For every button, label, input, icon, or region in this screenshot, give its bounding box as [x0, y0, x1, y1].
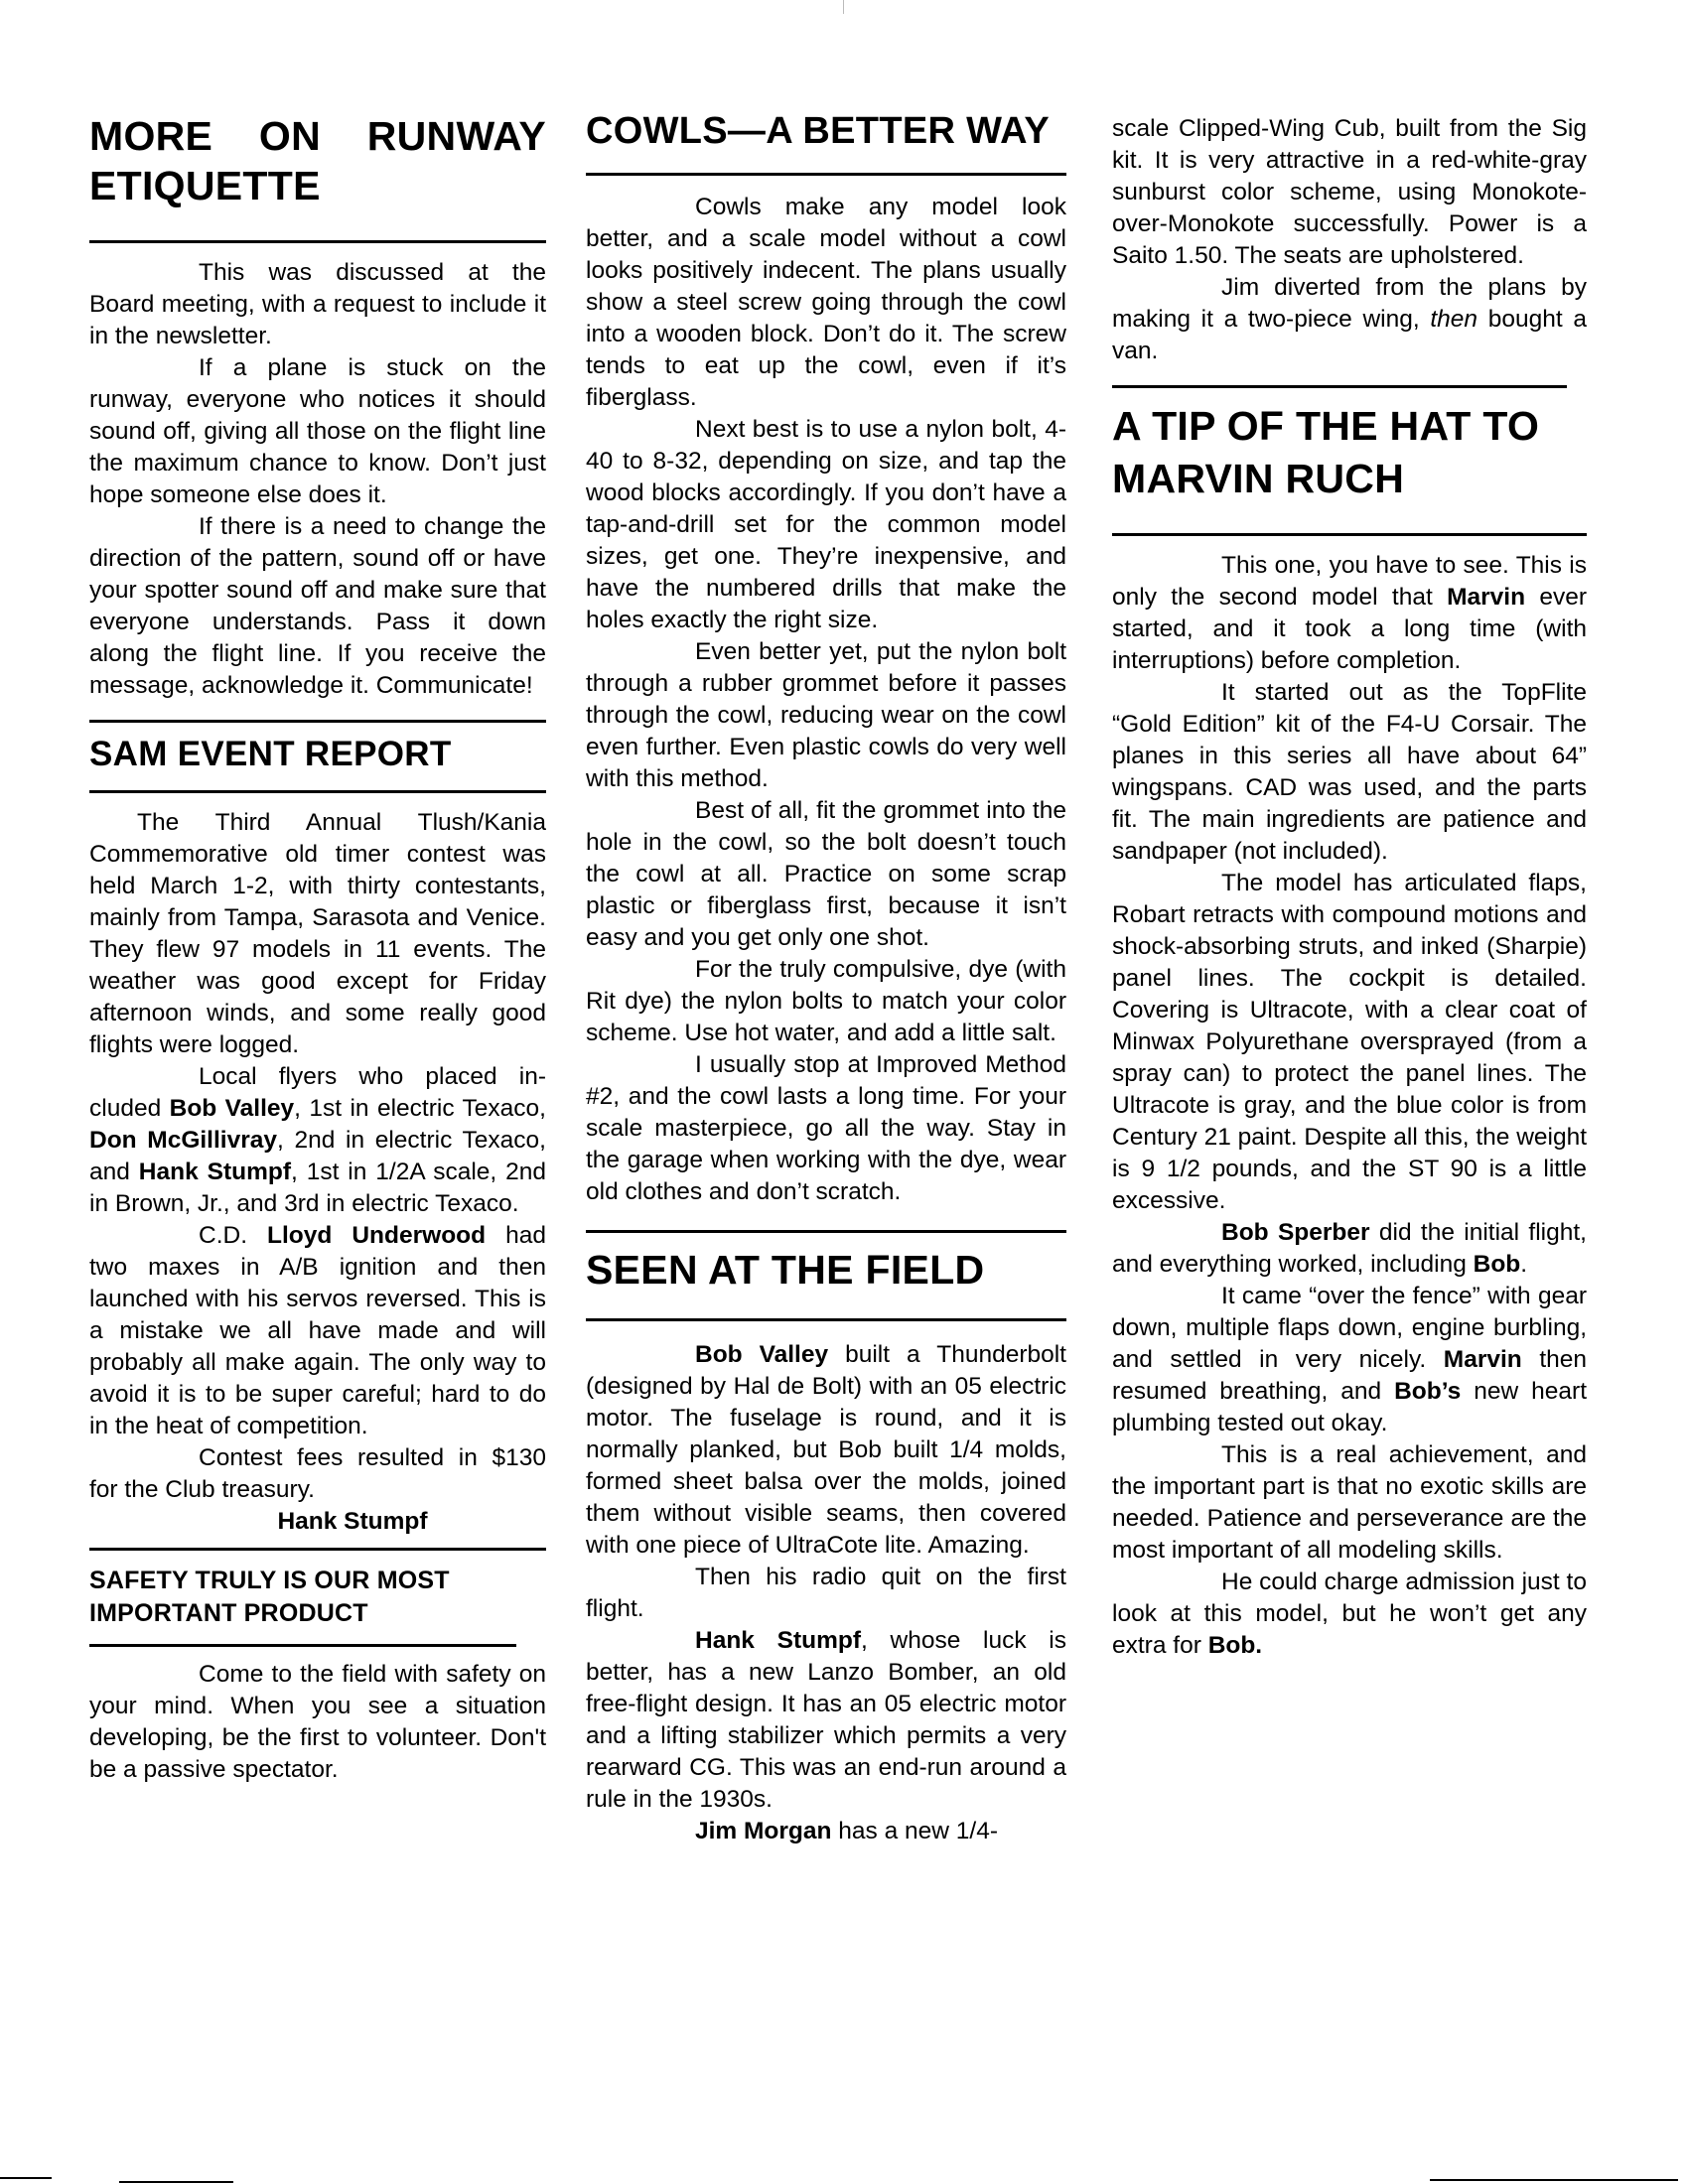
- headline: SAM EVENT REPORT: [89, 735, 546, 774]
- article-safety: SAFETY TRULY IS OUR MOST IMPORTANT PRODU…: [89, 1565, 546, 1786]
- text-run: The model has articulated flaps, Robart …: [1112, 870, 1587, 1214]
- headline: MORE ON RUNWAY ETIQUETTE: [89, 111, 546, 210]
- text-run: It started out as the TopFlite “Gold Edi…: [1112, 679, 1587, 865]
- text-run: scale Clipped-Wing Cub, built from the S…: [1112, 115, 1587, 269]
- headline: COWLS—A BETTER WAY: [586, 111, 1066, 151]
- paragraph: scale Clipped-Wing Cub, built from the S…: [1112, 113, 1587, 272]
- paragraph: Even better yet, put the nylon bolt thro…: [586, 636, 1066, 795]
- text-run: had two maxes in A/B ignition and then l…: [89, 1222, 546, 1439]
- text-run: Then his radio quit on the first flight.: [586, 1564, 1066, 1622]
- text-run: This was discussed at the Board meeting,…: [89, 259, 546, 349]
- paragraph: Bob Sperber did the initial flight, and …: [1112, 1217, 1587, 1281]
- bold-name: Hank Stumpf: [139, 1159, 291, 1185]
- divider: [89, 790, 546, 793]
- divider: [89, 1548, 546, 1551]
- bold-name: Bob.: [1208, 1632, 1262, 1659]
- divider: [89, 240, 546, 243]
- paragraph: Cowls make any model look better, and a …: [586, 192, 1066, 414]
- divider: [586, 1230, 1066, 1233]
- scan-artifact: [1430, 2179, 1678, 2181]
- article-body: This was discussed at the Board meeting,…: [89, 257, 546, 702]
- paragraph: Jim Morgan has a new 1/4-: [586, 1816, 1066, 1847]
- emphasis-text: then: [1430, 306, 1477, 333]
- column-left: MORE ON RUNWAY ETIQUETTE This was discus…: [89, 111, 546, 1786]
- article-body: Bob Valley built a Thunderbolt (designed…: [586, 1339, 1066, 1847]
- paragraph: He could charge admission just to look a…: [1112, 1567, 1587, 1662]
- paragraph: Hank Stumpf, whose luck is better, has a…: [586, 1625, 1066, 1816]
- text-run: Cowls make any model look better, and a …: [586, 194, 1066, 411]
- article-seen-at-field: SEEN AT THE FIELD Bob Valley built a Thu…: [586, 1245, 1066, 1847]
- paragraph: This was discussed at the Board meeting,…: [89, 257, 546, 352]
- bold-name: Bob Sperber: [1221, 1219, 1370, 1246]
- text-run: , whose luck is better, has a new Lanzo …: [586, 1627, 1066, 1813]
- text-run: C.D.: [199, 1222, 267, 1249]
- paragraph: Contest fees resulted in $130 for the Cl…: [89, 1442, 546, 1506]
- article-marvin-ruch: A TIP OF THE HAT TO MARVIN RUCH This one…: [1112, 400, 1587, 1662]
- article-cowls: COWLS—A BETTER WAY Cowls make any model …: [586, 111, 1066, 1208]
- paragraph: It came “over the fence” with gear down,…: [1112, 1281, 1587, 1439]
- headline: SEEN AT THE FIELD: [586, 1245, 1066, 1295]
- paragraph: This one, you have to see. This is only …: [1112, 550, 1587, 677]
- text-run: The Third Annual Tlush/Kania Commemorati…: [89, 809, 546, 1058]
- bold-name: Hank Stumpf: [695, 1627, 861, 1654]
- text-run: .: [1520, 1251, 1527, 1278]
- text-run: Next best is to use a nylon bolt, 4-40 t…: [586, 416, 1066, 633]
- divider: [89, 1644, 516, 1647]
- paragraph: It started out as the TopFlite “Gold Edi…: [1112, 677, 1587, 868]
- text-run: He could charge admission just to look a…: [1112, 1569, 1587, 1659]
- divider: [586, 1318, 1066, 1321]
- text-run: Contest fees resulted in $130 for the Cl…: [89, 1444, 546, 1503]
- text-run: Best of all, fit the grommet into the ho…: [586, 797, 1066, 951]
- article-sam-event-report: SAM EVENT REPORT The Third Annual Tlush/…: [89, 735, 546, 1538]
- bold-name: Marvin: [1444, 1346, 1522, 1373]
- paragraph: For the truly compulsive, dye (with Rit …: [586, 954, 1066, 1049]
- bold-name: Don McGillivray: [89, 1127, 277, 1154]
- column-right: scale Clipped-Wing Cub, built from the S…: [1112, 113, 1587, 1662]
- text-run: If a plane is stuck on the runway, every…: [89, 354, 546, 508]
- paragraph: Then his radio quit on the first flight.: [586, 1562, 1066, 1625]
- text-run: built a Thunderbolt (designed by Hal de …: [586, 1341, 1066, 1559]
- paragraph: C.D. Lloyd Underwood had two maxes in A/…: [89, 1220, 546, 1442]
- paragraph: Best of all, fit the grommet into the ho…: [586, 795, 1066, 954]
- text-run: I usually stop at Improved Method #2, an…: [586, 1051, 1066, 1205]
- article-body: Come to the field with safety on your mi…: [89, 1659, 546, 1786]
- paragraph: This is a real achievement, and the impo…: [1112, 1439, 1587, 1567]
- paragraph: Bob Valley built a Thunderbolt (designed…: [586, 1339, 1066, 1562]
- headline: A TIP OF THE HAT TO MARVIN RUCH: [1112, 400, 1587, 505]
- paragraph: If there is a need to change the directi…: [89, 511, 546, 702]
- scan-artifact: [119, 2181, 233, 2183]
- article-runway-etiquette: MORE ON RUNWAY ETIQUETTE This was discus…: [89, 111, 546, 702]
- newsletter-page: MORE ON RUNWAY ETIQUETTE This was discus…: [0, 0, 1688, 2184]
- article-seen-at-field-continued: scale Clipped-Wing Cub, built from the S…: [1112, 113, 1587, 367]
- bold-name: Marvin: [1447, 584, 1525, 611]
- text-run: This is a real achievement, and the impo…: [1112, 1441, 1587, 1564]
- article-body: scale Clipped-Wing Cub, built from the S…: [1112, 113, 1587, 367]
- divider: [586, 173, 1066, 176]
- text-run: Even better yet, put the nylon bolt thro…: [586, 638, 1066, 792]
- text-run: , 1st in electric Texaco,: [294, 1095, 546, 1122]
- paragraph: Next best is to use a nylon bolt, 4-40 t…: [586, 414, 1066, 636]
- bold-name: Lloyd Underwood: [267, 1222, 486, 1249]
- text-run: Come to the field with safety on your mi…: [89, 1661, 546, 1783]
- paragraph: I usually stop at Improved Method #2, an…: [586, 1049, 1066, 1208]
- divider: [1112, 533, 1587, 536]
- paragraph: Come to the field with safety on your mi…: [89, 1659, 546, 1786]
- byline: Hank Stumpf: [89, 1506, 546, 1538]
- text-run: If there is a need to change the directi…: [89, 513, 546, 699]
- bold-name: Bob Valley: [695, 1341, 828, 1368]
- bold-name: Bob: [1474, 1251, 1521, 1278]
- article-body: This one, you have to see. This is only …: [1112, 550, 1587, 1662]
- divider: [89, 720, 546, 723]
- paragraph: Jim diverted from the plans by making it…: [1112, 272, 1587, 367]
- bold-name: Bob Valley: [170, 1095, 295, 1122]
- headline: SAFETY TRULY IS OUR MOST IMPORTANT PRODU…: [89, 1565, 516, 1630]
- divider: [1112, 385, 1567, 388]
- article-body: Cowls make any model look better, and a …: [586, 192, 1066, 1208]
- bold-name: Jim Morgan: [695, 1818, 832, 1844]
- column-middle: COWLS—A BETTER WAY Cowls make any model …: [586, 111, 1066, 1847]
- article-body: The Third Annual Tlush/Kania Commemorati…: [89, 807, 546, 1506]
- paragraph: The model has articulated flaps, Robart …: [1112, 868, 1587, 1217]
- text-run: has a new 1/4-: [832, 1818, 999, 1844]
- text-run: For the truly compulsive, dye (with Rit …: [586, 956, 1066, 1046]
- scan-artifact: [0, 2177, 52, 2179]
- paragraph: Local flyers who placed in­cluded Bob Va…: [89, 1061, 546, 1220]
- paragraph: If a plane is stuck on the runway, every…: [89, 352, 546, 511]
- bold-name: Bob’s: [1394, 1378, 1461, 1405]
- paragraph: The Third Annual Tlush/Kania Commemorati…: [89, 807, 546, 1061]
- scan-mark: [843, 0, 844, 14]
